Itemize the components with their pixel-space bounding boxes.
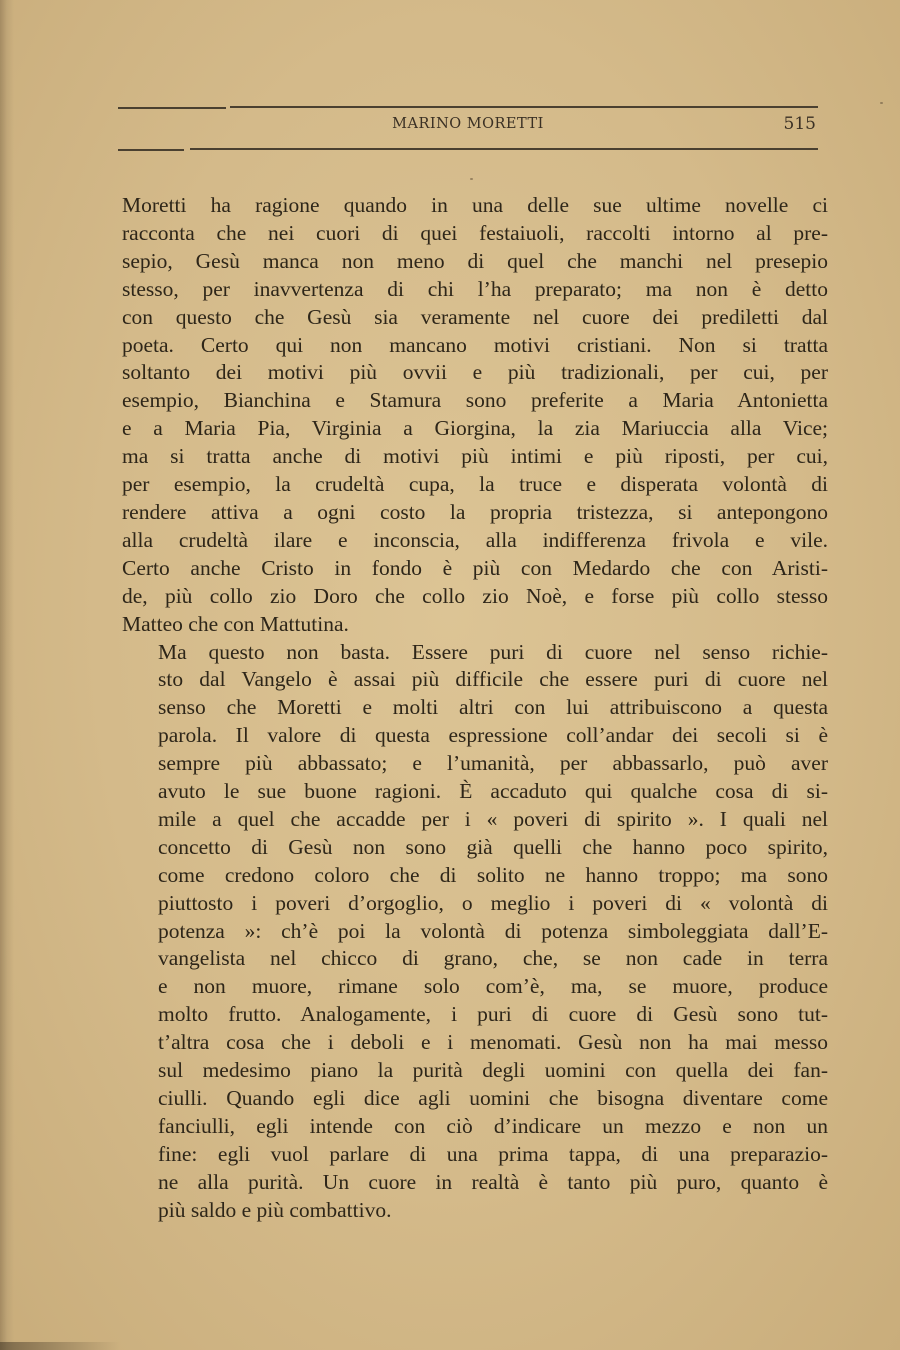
text-line: fine: egli vuol parlare di una prima tap… [122,1141,828,1169]
paper-speck [880,102,883,104]
text-line: de, più collo zio Doro che collo zio Noè… [122,583,828,611]
paragraph-1: Moretti ha ragione quando in una delle s… [122,192,828,639]
text-line: vangelista nel chicco di grano, che, se … [122,945,828,973]
text-line: rendere attiva a ogni costo la propria t… [122,499,828,527]
text-line: parola. Il valore di questa espressione … [122,722,828,750]
text-line: sul medesimo piano la purità degli uomin… [122,1057,828,1085]
text-line: esempio, Bianchina e Stamura sono prefer… [122,387,828,415]
paper-speck [470,178,473,180]
text-line: soltanto dei motivi più ovvii e più trad… [122,359,828,387]
text-line: ne alla purità. Un cuore in realtà è tan… [122,1169,828,1197]
rule-segment [118,149,184,151]
text-line: sepio, Gesù manca non meno di quel che m… [122,248,828,276]
text-line: e a Maria Pia, Virginia a Giorgina, la z… [122,415,828,443]
text-line: ciulli. Quando egli dice agli uomini che… [122,1085,828,1113]
text-line: potenza »: ch’è poi la volontà di potenz… [122,918,828,946]
text-line: con questo che Gesù sia veramente nel cu… [122,304,828,332]
text-line: come credono coloro che di solito ne han… [122,862,828,890]
rule-segment [190,148,818,150]
page-number: 515 [784,114,816,134]
text-line: più saldo e più combattivo. [122,1197,828,1225]
paragraph-2: Ma questo non basta. Essere puri di cuor… [122,639,828,1225]
text-line: Moretti ha ragione quando in una delle s… [122,192,828,220]
text-line: avuto le sue buone ragioni. È accaduto q… [122,778,828,806]
text-line: ma si tratta anche di motivi più intimi … [122,443,828,471]
text-line: piuttosto i poveri d’orgoglio, o meglio … [122,890,828,918]
text-line: alla crudeltà ilare e inconscia, alla in… [122,527,828,555]
text-line: sempre più abbassato; e l’umanità, per a… [122,750,828,778]
text-line: mile a quel che accadde per i « poveri d… [122,806,828,834]
text-line: t’altra cosa che i deboli e i menomati. … [122,1029,828,1057]
running-title: MARINO MORETTI [118,116,818,132]
text-line: per esempio, la crudeltà cupa, la truce … [122,471,828,499]
page-edge-shadow [0,1342,120,1350]
text-line: Certo anche Cristo in fondo è più con Me… [122,555,828,583]
text-line: senso che Moretti e molti altri con lui … [122,694,828,722]
text-line: poeta. Certo qui non mancano motivi cris… [122,332,828,360]
text-line: fanciulli, egli intende con ciò d’indica… [122,1113,828,1141]
body-text: Moretti ha ragione quando in una delle s… [122,192,828,1225]
text-line: e non muore, rimane solo com’è, ma, se m… [122,973,828,1001]
text-line: racconta che nei cuori di quei festaiuol… [122,220,828,248]
book-page: MARINO MORETTI 515 Moretti ha ragione qu… [0,0,900,1350]
text-line: molto frutto. Analogamente, i puri di cu… [122,1001,828,1029]
header-rule-bottom [118,148,818,150]
rule-segment [118,107,226,109]
text-line: Matteo che con Mattutina. [122,611,828,639]
rule-segment [230,106,818,108]
page-gutter-shadow [0,0,14,1350]
header-rule-top [118,106,818,108]
text-line: Ma questo non basta. Essere puri di cuor… [122,639,828,667]
text-line: sto dal Vangelo è assai più difficile ch… [122,666,828,694]
text-line: stesso, per inavvertenza di chi l’ha pre… [122,276,828,304]
text-line: concetto di Gesù non sono già quelli che… [122,834,828,862]
page-header: MARINO MORETTI 515 [118,100,818,158]
